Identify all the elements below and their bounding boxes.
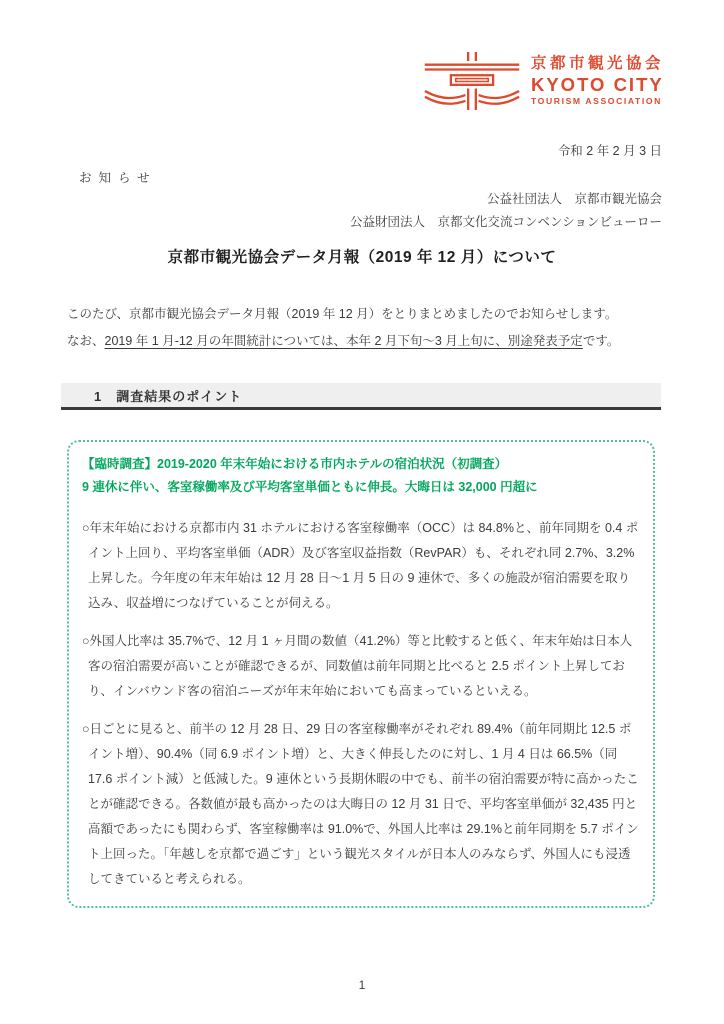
section-1-heading-text: 1 調査結果のポイント <box>61 386 242 405</box>
logo-text: 京都市観光協会 KYOTO CITY TOURISM ASSOCIATION <box>531 56 664 106</box>
org-name-2: 公益財団法人 京都文化交流コンベンションビューロー <box>350 212 662 230</box>
intro-line-2: なお、2019 年 1 月-12 月の年間統計については、本年 2 月下旬～3 … <box>67 328 661 355</box>
intro-line-1: このたび、京都市観光協会データ月報（2019 年 12 月）をとりまとめましたの… <box>67 301 661 328</box>
highlight-headline: 【臨時調査】2019-2020 年末年始における市内ホテルの宿泊状況（初調査） … <box>82 453 640 499</box>
logo-en-line1: KYOTO CITY <box>531 75 664 95</box>
intro-line2-prefix: なお、 <box>67 334 105 348</box>
notice-label: お知らせ <box>79 168 157 186</box>
document-date: 令和 2 年 2 月 3 日 <box>558 141 662 159</box>
section-1-header: 1 調査結果のポイント <box>61 383 661 410</box>
highlight-box: 【臨時調査】2019-2020 年末年始における市内ホテルの宿泊状況（初調査） … <box>67 440 655 908</box>
kyoto-logo-icon <box>424 50 520 112</box>
bullet-daily-detail: ○日ごとに見ると、前半の 12 月 28 日、29 日の客室稼働率がそれぞれ 8… <box>82 717 640 892</box>
page-number: 1 <box>0 978 724 992</box>
bullet-foreign-ratio: ○外国人比率は 35.7%で、12 月 1 ヶ月間の数値（41.2%）等と比較す… <box>82 629 640 704</box>
document-title: 京都市観光協会データ月報（2019 年 12 月）について <box>0 245 724 267</box>
highlight-headline-line2: 9 連休に伴い、客室稼働率及び平均客室単価ともに伸長。大晦日は 32,000 円… <box>82 476 640 499</box>
document-page: 京都市観光協会 KYOTO CITY TOURISM ASSOCIATION 令… <box>0 0 724 1024</box>
intro-line2-suffix: です。 <box>583 334 620 348</box>
logo-en-line2: TOURISM ASSOCIATION <box>531 97 664 106</box>
org-name-1: 公益社団法人 京都市観光協会 <box>487 189 662 207</box>
highlight-headline-line1: 【臨時調査】2019-2020 年末年始における市内ホテルの宿泊状況（初調査） <box>82 453 640 476</box>
logo-jp-text: 京都市観光協会 <box>531 56 664 73</box>
intro-paragraph: このたび、京都市観光協会データ月報（2019 年 12 月）をとりまとめましたの… <box>67 301 661 355</box>
logo: 京都市観光協会 KYOTO CITY TOURISM ASSOCIATION <box>424 50 664 112</box>
intro-line2-underlined: 2019 年 1 月-12 月の年間統計については、本年 2 月下旬～3 月上旬… <box>105 334 583 348</box>
bullet-occupancy-summary: ○年末年始における京都市内 31 ホテルにおける客室稼働率（OCC）は 84.8… <box>82 516 640 616</box>
